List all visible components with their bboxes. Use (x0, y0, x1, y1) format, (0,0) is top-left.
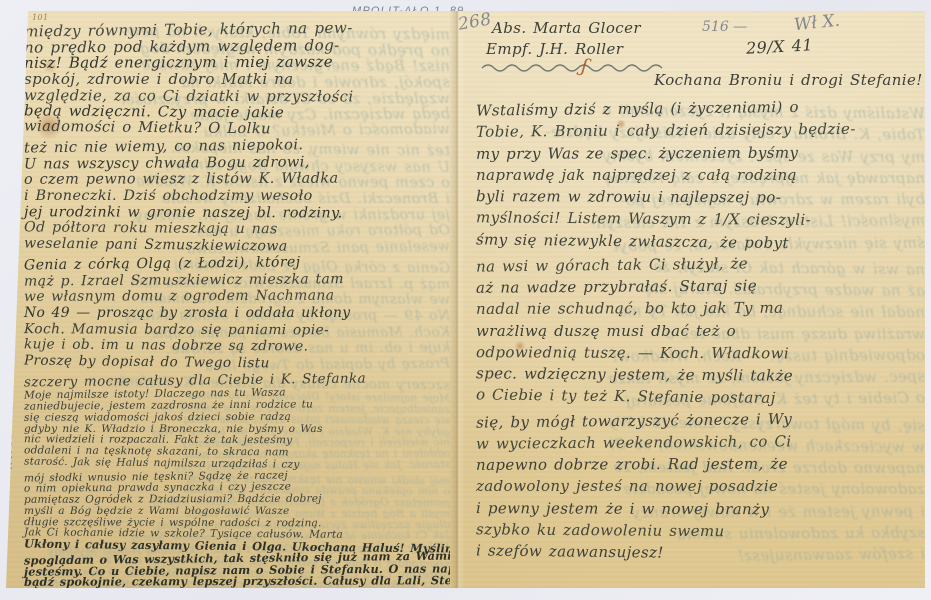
pencil-scribble: Wł X. (793, 11, 841, 35)
letter-page-left: między równymi Tobie, których na pew-no … (14, 11, 450, 588)
handwriting-line: we własnym domu z ogrodem Nachmana (24, 287, 450, 305)
handwriting-line: my przy Was ze spec. życzeniem byśmy (476, 141, 925, 165)
handwriting-line: bądź spokojnie, czekamy lepszej przyszło… (24, 576, 450, 588)
left-page-text: między równymi Tobie, których na pew-no … (24, 21, 450, 588)
handwriting-line: spokój, zdrowie i dobro Matki na (24, 71, 450, 88)
recipient-line: Empf. J.H. Roller (486, 40, 623, 58)
handwriting-line: odpowiednią tuszę. — Koch. Władkowi (476, 341, 925, 365)
handwriting-line: aż na wadze przybrałaś. Staraj się (476, 273, 925, 299)
fold-crease (449, 11, 465, 588)
handwriting-line: byli razem w zdrowiu i najlepszej po- (476, 185, 925, 209)
handwriting-line: i szefów zaawansujesz! (476, 539, 925, 566)
handwriting-line: zadowolony jesteś na nowej posadzie (476, 475, 925, 497)
pencil-number: 516 — (702, 19, 747, 35)
handwriting-line: No 49 — prosząc by zrosła i oddała ukłon… (24, 305, 450, 322)
handwriting-line: o czem pewno wiesz z listów K. Władka (24, 171, 450, 189)
salutation: Kochana Broniu i drogi Stefanie! (654, 71, 923, 89)
sender-line: Abs. Marta Glocer (492, 19, 641, 37)
right-page-text: Wstaliśmy dziś z myślą (i życzeniami) oT… (476, 97, 925, 564)
letter-page-right: Abs. Marta Glocer 516 — Wł X. Empf. J.H.… (464, 11, 925, 588)
handwriting-line: i pewny jestem że i w nowej branży (476, 497, 925, 521)
handwriting-line: w wycieczkach weekendowskich, co Ci (476, 429, 925, 455)
handwriting-line: naprawdę jak najprędzej z całą rodziną (476, 164, 925, 186)
letter-sheet: 101 268 Wł. M. 10/X między równymi Tobie… (6, 11, 925, 588)
handwriting-line: Tobie, K. Broniu i cały dzień dzisiejszy… (476, 118, 925, 144)
handwriting-line: napewno dobrze zrobi. Rad jestem, że (476, 452, 925, 476)
letter-date: 29/X 41 (746, 35, 814, 57)
handwriting-line: nadal nie schudnąć, bo kto jak Ty ma (476, 296, 925, 320)
handwriting-line: i Broneczki. Dziś obchodzimy wesoło (24, 188, 450, 205)
scanned-letter: MPOLIT-AŁO.1. 89 101 268 Wł. M. 10/X mię… (0, 0, 931, 600)
handwriting-line: wrażliwą duszę musi dbać też o (476, 320, 925, 342)
wavy-underline (480, 63, 666, 73)
